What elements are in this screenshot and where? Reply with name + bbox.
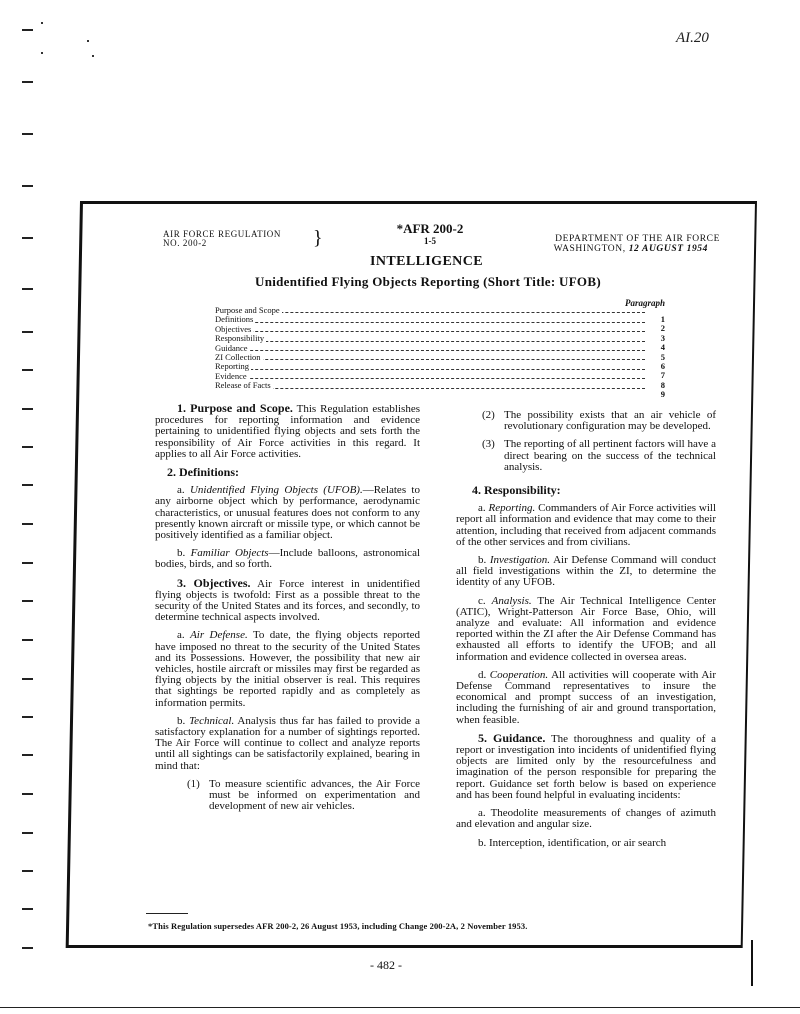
toc-numbers: 123456789 bbox=[653, 315, 665, 400]
page-number: - 482 - bbox=[370, 958, 402, 973]
section-3a: a. Air Defense. To date, the flying obje… bbox=[155, 630, 420, 708]
toc-entry-label: ZI Collection bbox=[215, 353, 263, 362]
regulation-number: NO. 200-2 bbox=[163, 239, 281, 248]
item-number: (3) bbox=[482, 439, 504, 473]
item-label: c. bbox=[478, 595, 486, 607]
scan-speck bbox=[41, 52, 43, 54]
section-2-heading: 2. Definitions: bbox=[155, 467, 420, 478]
section-3b: b. Technical. Analysis thus far has fail… bbox=[155, 716, 420, 772]
toc-entry: ZI Collection bbox=[215, 353, 665, 362]
dot-leader bbox=[215, 369, 645, 370]
section-3b-2: (2) The possibility exists that an air v… bbox=[482, 410, 716, 432]
scan-speck bbox=[87, 40, 89, 42]
item-label: b. bbox=[177, 547, 185, 559]
afr-number: *AFR 200-2 bbox=[380, 222, 480, 236]
item-text: The possibility exists that an air vehic… bbox=[504, 410, 716, 432]
section-heading: 5. Guidance. bbox=[478, 731, 545, 745]
section-5b: b. Interception, identification, or air … bbox=[456, 838, 716, 849]
margin-mark bbox=[22, 408, 33, 410]
margin-mark bbox=[22, 133, 33, 135]
item-text: The reporting of all pertinent factors w… bbox=[504, 439, 716, 473]
margin-mark bbox=[22, 523, 33, 525]
section-5a: a. Theodolite measurements of changes of… bbox=[456, 808, 716, 830]
term: Cooperation. bbox=[490, 669, 548, 681]
margin-mark bbox=[22, 908, 33, 910]
document-title: INTELLIGENCE bbox=[370, 254, 483, 270]
item-label: a. bbox=[177, 484, 185, 496]
item-text: To date, the flying objects reported hav… bbox=[155, 629, 420, 708]
toc-entry-number: 9 bbox=[653, 390, 665, 399]
regulation-id: AIR FORCE REGULATION NO. 200-2 } bbox=[163, 230, 281, 248]
toc-entry: Release of Facts bbox=[215, 381, 665, 390]
brace-glyph: } bbox=[313, 229, 323, 247]
term: Investigation. bbox=[490, 554, 550, 566]
item-label: b. bbox=[478, 554, 486, 566]
item-text: To measure scientific advances, the Air … bbox=[209, 779, 420, 813]
section-4-heading: 4. Responsibility: bbox=[460, 485, 716, 496]
toc-entry: Objectives bbox=[215, 325, 665, 334]
section-5: 5. Guidance. The thoroughness and qualit… bbox=[456, 733, 716, 801]
toc-entry-label: Purpose and Scope bbox=[215, 306, 282, 315]
margin-mark bbox=[22, 237, 33, 239]
section-3: 3. Objectives. Air Force interest in uni… bbox=[155, 578, 420, 624]
item-label: a. bbox=[478, 502, 486, 514]
toc-entry-label: Responsibility bbox=[215, 334, 266, 343]
margin-mark bbox=[22, 716, 33, 718]
item-label: a. bbox=[478, 807, 486, 819]
section-2a: a. Unidentified Flying Objects (UFOB).—R… bbox=[155, 485, 420, 541]
item-label: b. bbox=[478, 837, 486, 849]
term: Unidentified Flying Objects (UFOB). bbox=[190, 484, 363, 496]
department-block: DEPARTMENT OF THE AIR FORCE WASHINGTON, … bbox=[510, 234, 720, 254]
page-edge-line bbox=[0, 1007, 800, 1008]
location-date: WASHINGTON, 12 AUGUST 1954 bbox=[510, 244, 720, 254]
toc-entry-label: Objectives bbox=[215, 325, 253, 334]
toc-entry: Purpose and Scope bbox=[215, 306, 665, 315]
section-4c: c. Analysis. The Air Technical Intellige… bbox=[456, 596, 716, 663]
margin-mark bbox=[22, 562, 33, 564]
dot-leader bbox=[215, 378, 645, 379]
dot-leader bbox=[215, 322, 645, 323]
left-column: 1. Purpose and Scope. This Regulation es… bbox=[155, 403, 420, 820]
toc-entry: Responsibility bbox=[215, 334, 665, 343]
section-3b-1: (1) To measure scientific advances, the … bbox=[187, 779, 420, 813]
toc-entry: Guidance bbox=[215, 344, 665, 353]
item-label: a. bbox=[177, 629, 185, 641]
margin-mark bbox=[22, 678, 33, 680]
item-text: Interception, identification, or air sea… bbox=[489, 837, 666, 849]
margin-mark bbox=[22, 793, 33, 795]
section-3b-3: (3) The reporting of all pertinent facto… bbox=[482, 439, 716, 473]
archive-stamp: AI.20 bbox=[676, 30, 709, 47]
right-column: (2) The possibility exists that an air v… bbox=[482, 410, 716, 856]
item-label: d. bbox=[478, 669, 486, 681]
margin-mark bbox=[22, 600, 33, 602]
document-subtitle: Unidentified Flying Objects Reporting (S… bbox=[255, 274, 601, 290]
term: Air Defense. bbox=[190, 629, 248, 641]
term: Analysis. bbox=[492, 595, 532, 607]
section-4b: b. Investigation. Air Defense Command wi… bbox=[456, 555, 716, 589]
margin-mark bbox=[22, 369, 33, 371]
toc-entry-label: Release of Facts bbox=[215, 381, 273, 390]
margin-mark bbox=[22, 185, 33, 187]
margin-mark bbox=[22, 288, 33, 290]
section-4d: d. Cooperation. All activities will coop… bbox=[456, 670, 716, 726]
item-text: Theodolite measurements of changes of az… bbox=[456, 807, 716, 830]
margin-mark bbox=[22, 832, 33, 834]
dot-leader bbox=[215, 341, 645, 342]
footnote: *This Regulation supersedes AFR 200-2, 2… bbox=[148, 921, 527, 931]
toc-entry: Reporting bbox=[215, 362, 665, 371]
dot-leader bbox=[215, 359, 645, 360]
toc-entry-label: Evidence bbox=[215, 372, 249, 381]
term: Familiar Objects bbox=[191, 547, 269, 559]
dot-leader bbox=[215, 331, 645, 332]
margin-mark bbox=[22, 870, 33, 872]
dot-leader bbox=[215, 350, 645, 351]
margin-mark bbox=[22, 81, 33, 83]
item-number: (1) bbox=[187, 779, 209, 813]
issue-date: 12 AUGUST 1954 bbox=[629, 244, 708, 254]
section-1: 1. Purpose and Scope. This Regulation es… bbox=[155, 403, 420, 460]
scan-speck bbox=[41, 22, 43, 24]
section-4a: a. Reporting. Commanders of Air Force ac… bbox=[456, 503, 716, 548]
footnote-divider bbox=[146, 913, 188, 914]
toc-entry: Evidence bbox=[215, 372, 665, 381]
scan-speck bbox=[92, 55, 94, 57]
department-name: DEPARTMENT OF THE AIR FORCE bbox=[510, 234, 720, 244]
margin-mark bbox=[22, 639, 33, 641]
afr-block: *AFR 200-2 1-5 bbox=[380, 222, 480, 247]
term: Reporting. bbox=[488, 502, 535, 514]
toc-entries: Purpose and ScopeDefinitionsObjectivesRe… bbox=[215, 306, 665, 391]
section-heading: 1. Purpose and Scope. bbox=[177, 401, 293, 415]
toc-entry-label: Definitions bbox=[215, 315, 255, 324]
term: Technical. bbox=[189, 715, 234, 727]
margin-mark bbox=[22, 331, 33, 333]
toc-entry-label: Guidance bbox=[215, 344, 250, 353]
margin-mark bbox=[22, 446, 33, 448]
section-2b: b. Familiar Objects—Include balloons, as… bbox=[155, 548, 420, 570]
toc-entry-label: Reporting bbox=[215, 362, 251, 371]
item-label: b. bbox=[177, 715, 185, 727]
margin-mark bbox=[22, 29, 33, 31]
margin-mark bbox=[22, 754, 33, 756]
margin-mark bbox=[22, 947, 33, 949]
location: WASHINGTON, bbox=[554, 244, 626, 254]
page-range: 1-5 bbox=[380, 236, 480, 247]
dot-leader bbox=[215, 388, 645, 389]
section-heading: 3. Objectives. bbox=[177, 576, 251, 590]
item-number: (2) bbox=[482, 410, 504, 432]
frame-edge bbox=[751, 940, 753, 986]
margin-mark bbox=[22, 484, 33, 486]
toc-entry: Definitions bbox=[215, 315, 665, 324]
